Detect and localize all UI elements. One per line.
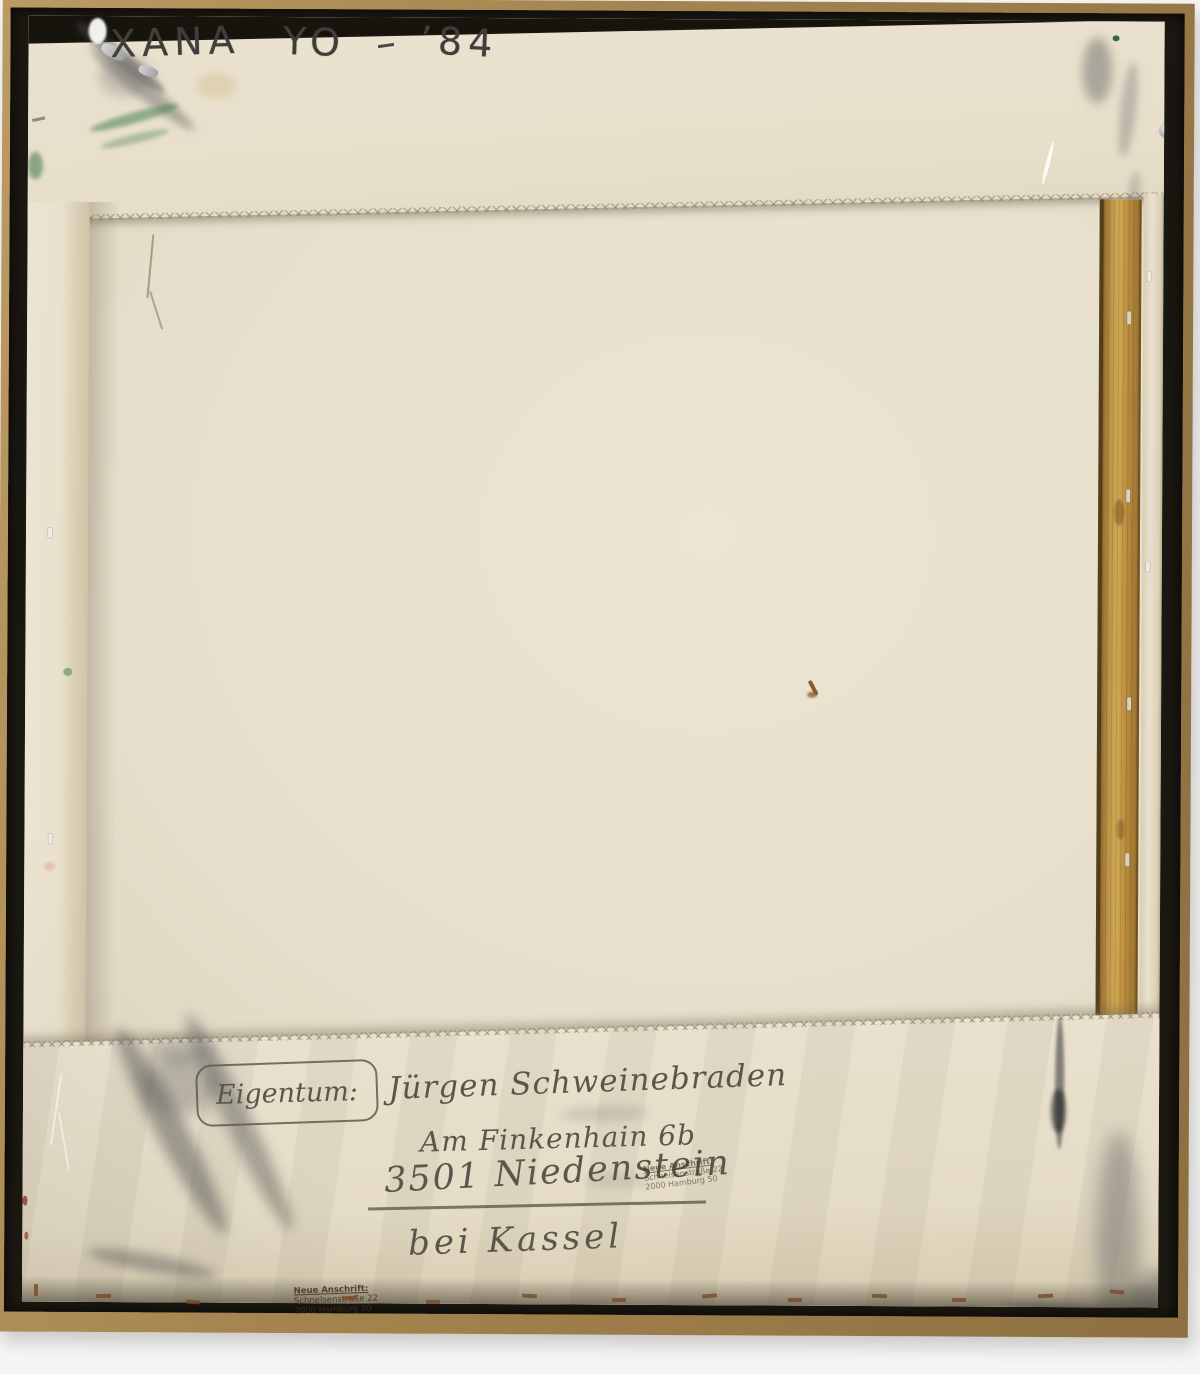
signature-word: YO [282,19,347,65]
photograph-of-painting-back: XANA YO ’84 Eigentum: Jürgen Schweinebra… [0,0,1200,1374]
signature-year: ’84 [419,18,500,66]
owner-name: Jürgen Schweinebraden [387,1057,787,1107]
annotations-layer: XANA YO ’84 Eigentum: Jürgen Schweinebra… [0,0,1200,1374]
staple [186,1300,200,1305]
staple [96,1294,111,1298]
staple [342,1296,357,1301]
address-line-3: bei Kassel [407,1216,623,1263]
stamp-line: 2000 Hamburg 50 [294,1304,378,1317]
ownership-label-box: Eigentum: [195,1059,379,1127]
signature-word: XANA [109,18,241,67]
staple [702,1293,717,1298]
staple [1110,1289,1124,1294]
staple [522,1294,537,1299]
new-address-stamp: Neue Anschrift: Schnelsenstraße 22 2000 … [294,1285,379,1317]
staple [872,1294,887,1299]
staple [952,1298,966,1302]
signature-dash [378,43,394,48]
owner-label: Eigentum: [216,1076,359,1111]
staple [34,1284,38,1296]
staple [788,1298,802,1302]
handwritten-underline [368,1200,706,1210]
staple [612,1298,626,1302]
artist-signature: XANA YO ’84 [110,20,498,64]
staple [426,1300,440,1304]
staple [1038,1294,1053,1299]
